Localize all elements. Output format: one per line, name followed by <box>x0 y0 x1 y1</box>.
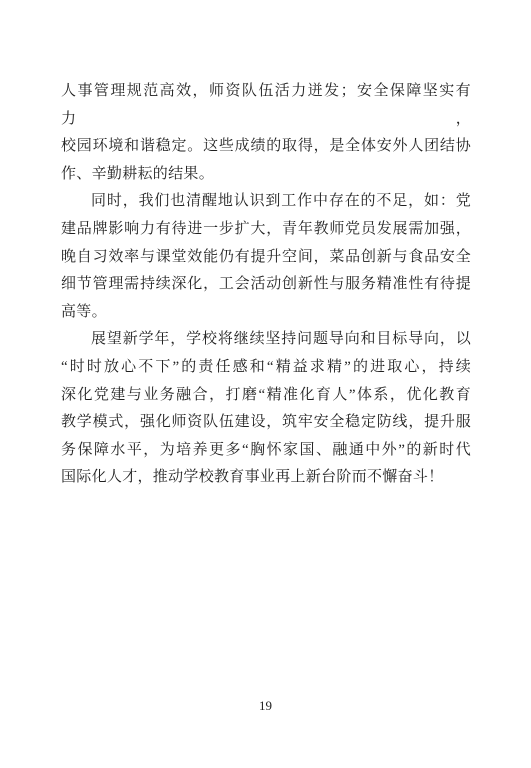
paragraph-2: 同时，我们也清醒地认识到工作中存在的不足，如：党 建品牌影响力有待进一步扩大，青… <box>61 188 471 326</box>
text-line: 务保障水平，为培养更多“胸怀家国、融通中外”的新时代 <box>61 437 471 465</box>
paragraph-3: 展望新学年，学校将继续坚持问题导向和目标导向，以 “时时放心不下”的责任感和“精… <box>61 326 471 492</box>
text-line: 高等。 <box>61 299 471 327</box>
text-line: 晚自习效率与课堂效能仍有提升空间，菜品创新与食品安全 <box>61 244 471 272</box>
text-line: 细节管理需持续深化，工会活动创新性与服务精准性有待提 <box>61 271 471 299</box>
text-line: 教学模式，强化师资队伍建设，筑牢安全稳定防线，提升服 <box>61 409 471 437</box>
text-line: 展望新学年，学校将继续坚持问题导向和目标导向，以 <box>61 326 471 354</box>
body-text: 人事管理规范高效，师资队伍活力迸发；安全保障坚实有力， 校园环境和谐稳定。这些成… <box>61 78 471 492</box>
page-number: 19 <box>0 696 531 716</box>
text-line: 同时，我们也清醒地认识到工作中存在的不足，如：党 <box>61 188 471 216</box>
text-line: 作、辛勤耕耘的结果。 <box>61 161 471 189</box>
text-line: 深化党建与业务融合，打磨“精准化育人”体系，优化教育 <box>61 382 471 410</box>
text-line: “时时放心不下”的责任感和“精益求精”的进取心，持续 <box>61 354 471 382</box>
text-line: 国际化人才，推动学校教育事业再上新台阶而不懈奋斗！ <box>61 464 471 492</box>
text-line: 人事管理规范高效，师资队伍活力迸发；安全保障坚实有力， <box>61 78 471 133</box>
document-page: 人事管理规范高效，师资队伍活力迸发；安全保障坚实有力， 校园环境和谐稳定。这些成… <box>0 0 531 768</box>
text-line: 校园环境和谐稳定。这些成绩的取得，是全体安外人团结协 <box>61 133 471 161</box>
paragraph-1: 人事管理规范高效，师资队伍活力迸发；安全保障坚实有力， 校园环境和谐稳定。这些成… <box>61 78 471 188</box>
text-line: 建品牌影响力有待进一步扩大，青年教师党员发展需加强， <box>61 216 471 244</box>
